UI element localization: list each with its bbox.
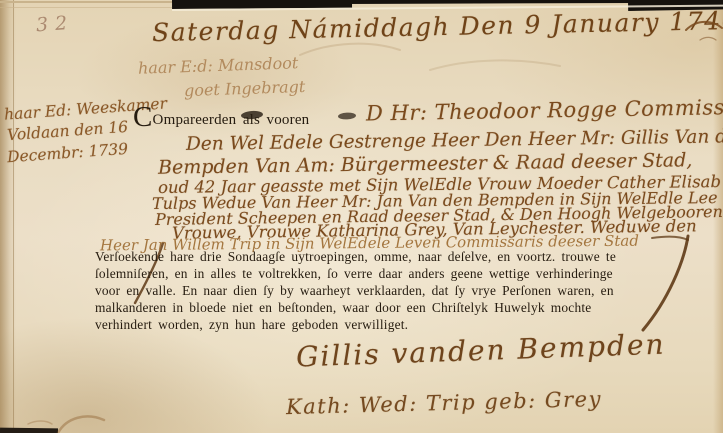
page-fold-line: [13, 0, 14, 433]
manuscript-scan-page: 32 Saterdag Námiddagh Den 9 January 1740…: [0, 0, 723, 433]
entry-line: D Hr: Theodoor Rogge Commissaris: [366, 95, 723, 126]
bleedthrough-stroke: [300, 44, 400, 55]
top-left-page-edge: [0, 1, 178, 3]
printed-clause-line: malkanderen in bloede niet en beſtonden,…: [95, 300, 591, 316]
printed-opening: COmpareerden als vooren: [133, 103, 309, 132]
inserted-note-line: goet Ingebragt: [184, 77, 306, 100]
page-number: 32: [35, 12, 75, 37]
printed-clause-line: verhindert worden, zyn hun hare geboden …: [95, 317, 408, 333]
bottom-flourish-stroke-2: [28, 421, 52, 424]
margin-note-line: Decembr: 1739: [7, 140, 129, 166]
stad-top-stroke: [652, 237, 688, 240]
inserted-note-line: haar E:d: Mansdoot: [138, 53, 299, 78]
ink-blot-2: [338, 112, 356, 120]
printed-clause-line: voor en valle. En naar dien ſy by waarhe…: [95, 283, 614, 299]
signature-bride: Kath: Wed: Trip geb: Grey: [286, 387, 602, 419]
bleedthrough-stroke-2: [430, 60, 560, 70]
date-header: Saterdag Námiddagh Den 9 January 1740: [152, 6, 723, 47]
top-left-page-edge-2: [0, 7, 172, 8]
printed-clause-line: Verſoekende hare drie Sondaagſe uytroepi…: [95, 249, 616, 265]
bottom-dark-edge: [0, 428, 58, 433]
printed-clause-line: ſolemniſeren, en in alles te voltrekken,…: [95, 266, 613, 282]
printed-opening-rest: Ompareerden als vooren: [153, 112, 310, 128]
stad-descender-stroke: [643, 236, 688, 330]
bottom-flourish-stroke: [58, 416, 104, 433]
signature-groom: Gillis vanden Bempden: [296, 328, 667, 374]
printed-initial-capital: C: [133, 101, 153, 133]
scanner-dark-edge: [345, 0, 635, 4]
